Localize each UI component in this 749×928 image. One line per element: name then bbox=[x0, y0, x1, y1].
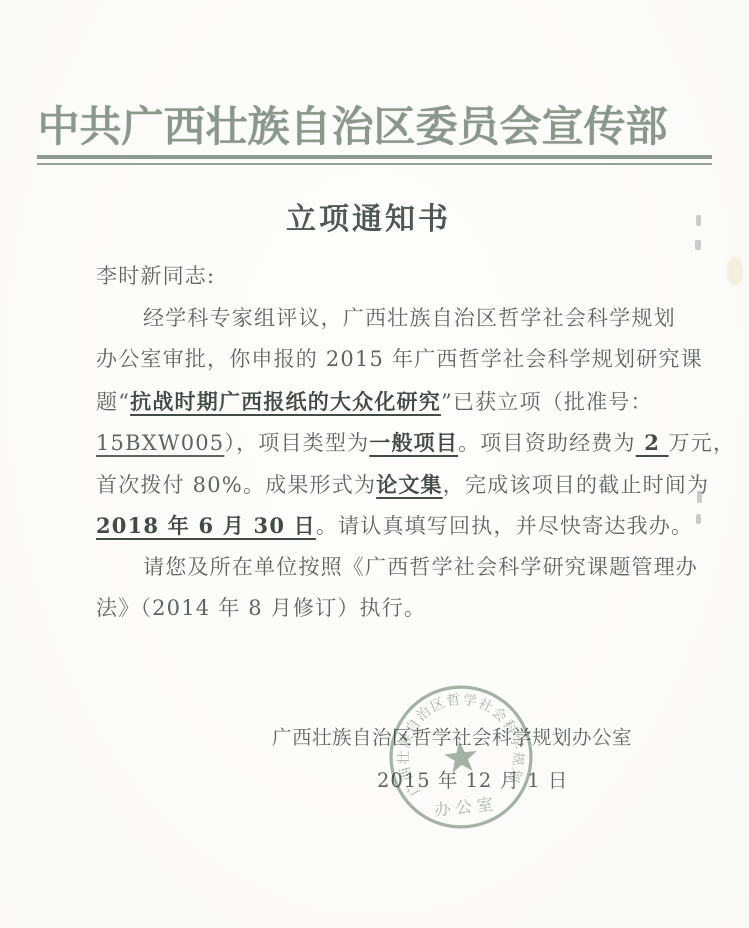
body-line: 请您及所在单位按照《广西哲学社会科学研究课题管理办 bbox=[96, 547, 672, 589]
letter-body: 李时新同志: 经学科专家组评议，广西壮族自治区哲学社会科学规划办公室审批，你申报… bbox=[96, 256, 672, 630]
emphasized-text: 2 bbox=[636, 430, 669, 455]
seal-ring bbox=[384, 680, 538, 834]
body-line: 办公室审批，你申报的 2015 年广西哲学社会科学规划研究课 bbox=[96, 339, 672, 381]
body-line: 题“抗战时期广西报纸的大众化研究”已获立项（批准号： bbox=[96, 381, 672, 423]
body-text: 题“ bbox=[96, 390, 130, 414]
official-seal-stamp: 广西壮族自治区哲学社会科学规划 办公室 bbox=[377, 673, 544, 840]
body-line: 经学科专家组评议，广西壮族自治区哲学社会科学规划 bbox=[96, 298, 672, 340]
body-line: 15BXW005），项目类型为一般项目。项目资助经费为 2 万元， bbox=[96, 422, 672, 464]
emphasized-text: 15BXW005 bbox=[96, 431, 224, 455]
document-title: 立项通知书 bbox=[0, 194, 743, 238]
letterhead-rule-thick bbox=[37, 155, 712, 159]
salutation: 李时新同志: bbox=[96, 256, 672, 298]
body-line: 首次拨付 80%。成果形式为论文集，完成该项目的截止时间为 bbox=[96, 464, 672, 506]
body-text: 办公室审批，你申报的 2015 年广西哲学社会科学规划研究课 bbox=[96, 347, 703, 371]
emphasized-text: 抗战时期广西报纸的大众化研究 bbox=[130, 389, 441, 414]
scan-artifact bbox=[697, 491, 702, 503]
body-text: 请您及所在单位按照《广西哲学社会科学研究课题管理办 bbox=[143, 555, 698, 579]
body-text: 。项目资助经费为 bbox=[458, 431, 636, 455]
scan-blotch bbox=[727, 256, 743, 286]
closing-date: 2015 年 12 月 1 日 bbox=[377, 765, 568, 793]
closing-org-name: 广西壮族自治区哲学社会科学规划办公室 bbox=[272, 722, 632, 750]
body-text: 经学科专家组评议，广西壮族自治区哲学社会科学规划 bbox=[143, 306, 676, 330]
emphasized-text: 论文集 bbox=[376, 472, 443, 497]
body-text: 法》（2014 年 8 月修订）执行。 bbox=[96, 596, 426, 620]
body-text: 首次拨付 80%。成果形式为 bbox=[96, 473, 376, 497]
body-line: 法》（2014 年 8 月修订）执行。 bbox=[96, 588, 672, 630]
body-text: 。请认真填写回执，并尽快寄达我办。 bbox=[316, 514, 693, 538]
body-text: 万元， bbox=[669, 431, 736, 455]
body-text: ，完成该项目的截止时间为 bbox=[443, 473, 709, 497]
body-line: 2018 年 6 月 30 日。请认真填写回执，并尽快寄达我办。 bbox=[96, 505, 672, 547]
body-text: ”已获立项（批准号： bbox=[441, 390, 653, 414]
scanned-letter-page: 中共广西壮族自治区委员会宣传部 立项通知书 李时新同志: 经学科专家组评议，广西… bbox=[0, 0, 749, 928]
seal-office-text: 办公室 bbox=[434, 794, 499, 820]
letterhead-org-title: 中共广西壮族自治区委员会宣传部 bbox=[0, 94, 727, 154]
emphasized-text: 2018 年 6 月 30 日 bbox=[96, 513, 316, 538]
body-text: ），项目类型为 bbox=[224, 431, 369, 455]
emphasized-text: 一般项目 bbox=[369, 430, 458, 455]
letterhead-rule-thin bbox=[37, 163, 712, 165]
scan-artifact bbox=[696, 514, 701, 524]
scan-artifact bbox=[695, 240, 701, 250]
scan-artifact bbox=[696, 215, 701, 226]
